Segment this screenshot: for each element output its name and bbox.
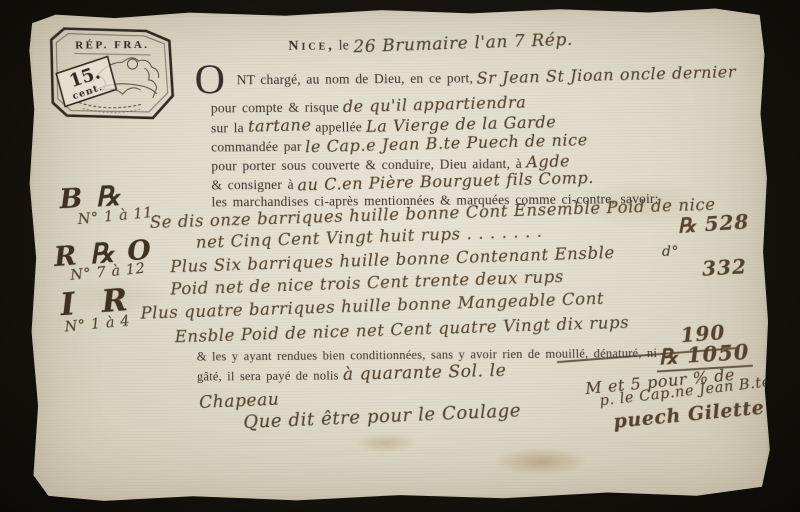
handwritten-account-clause: de qu'il appartiendra	[343, 92, 527, 116]
revenue-stamp: RÉP. FRA. 15. cent.	[48, 24, 177, 125]
dateline: Nice, le 26 Brumaire l'an 7 Rép.	[288, 33, 572, 55]
stamp-header-text: RÉP. FRA.	[75, 39, 149, 52]
printed-text: gâté, il sera payé de nolis	[197, 368, 339, 383]
drop-cap-initial: O	[194, 59, 225, 101]
handwritten-chapeau: Chapeau	[199, 390, 280, 413]
dateline-date-handwritten: 26 Brumaire l'an 7 Rép.	[353, 30, 573, 57]
stamp-divider	[74, 53, 150, 56]
cargo-item-ditto: d°	[662, 244, 679, 260]
printed-text: & consigner à	[211, 177, 293, 193]
printed-text: & les y ayant rendues bien conditionnées…	[197, 346, 657, 364]
footer-printed-line-2: gâté, il sera payé de nolis à quarante S…	[197, 363, 506, 385]
printed-text: commandée par	[211, 139, 302, 155]
printed-text: sur la	[211, 120, 244, 135]
handwritten-vessel-type: tartane	[248, 115, 312, 136]
cargo-item-amount: 332	[701, 254, 747, 281]
printed-text: appellée	[315, 119, 362, 134]
paragraph-line-1: NT chargé, au nom de Dieu, en ce port, S…	[237, 65, 737, 89]
printed-text: NT chargé, au nom de Dieu, en ce port,	[237, 70, 474, 87]
printed-text: pour compte & risque	[211, 99, 339, 115]
dateline-le: le	[339, 37, 349, 52]
stamp-value-band: 15. cent.	[54, 57, 118, 107]
handwritten-freight-rate: à quarante Sol. le	[342, 361, 506, 385]
document-paper: RÉP. FRA. 15. cent. Nice, le 26 Brumaire…	[26, 5, 771, 505]
handwritten-shipper-name: Sr Jean St Jioan oncle dernier	[477, 62, 737, 88]
handwritten-coulage-note: Que dit être pour le Coulage	[243, 400, 522, 433]
scan-background: RÉP. FRA. 15. cent. Nice, le 26 Brumaire…	[0, 0, 800, 512]
cargo-item-amount: ℞ 528	[677, 209, 750, 237]
dateline-place: Nice,	[288, 38, 335, 53]
